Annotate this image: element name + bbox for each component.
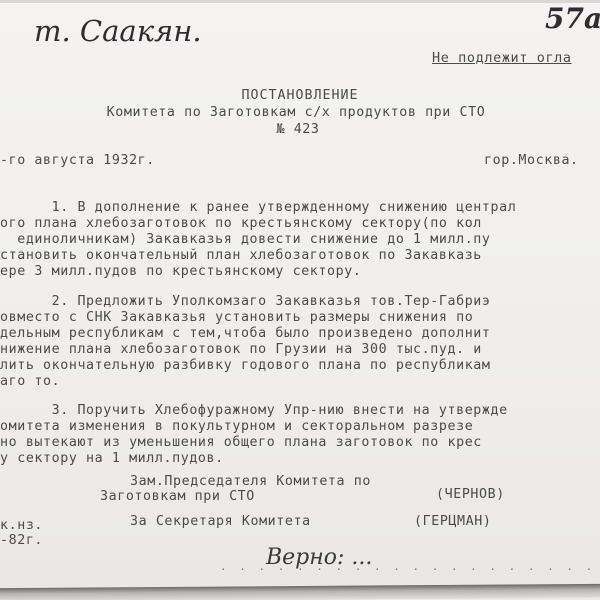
paragraph-line: ере 3 милл.пудов по крестьянскому сектор… bbox=[0, 264, 361, 280]
paragraph-line: 1. В дополнение к ранее утвержденному сн… bbox=[0, 200, 516, 216]
paragraph-line: но вытекают из уменьшения общего плана з… bbox=[0, 435, 482, 451]
footer-note-line1: к.нз. bbox=[0, 518, 43, 534]
paragraph-line: у сектору на 1 милл.пудов. bbox=[0, 451, 224, 467]
paragraph-line: аго то. bbox=[0, 374, 60, 390]
handwritten-addressee: т. Саакян. bbox=[34, 14, 202, 48]
paragraph-line: единоличникам) Закавказья довести снижен… bbox=[0, 232, 491, 248]
classification-stamp: Не подлежит огла bbox=[432, 50, 572, 66]
paragraph-line: становить окончательный план хлебозагото… bbox=[0, 248, 482, 264]
document-page: т. Саакян. 57а Не подлежит огла ПОСТАНОВ… bbox=[0, 0, 600, 588]
deputy-chair-name: (ЧЕРНОВ) bbox=[436, 487, 505, 503]
deputy-chair-title-line2: Заготовкам при СТО bbox=[100, 489, 255, 505]
document-place: гор.Москва. bbox=[484, 153, 579, 169]
document-subtitle: Комитета по Заготовкам с/х продуктов при… bbox=[0, 105, 596, 121]
page-top-edge bbox=[0, 0, 600, 3]
secretary-name: (ГЕРЦМАН) bbox=[414, 514, 491, 530]
secretary-title: За Секретаря Комитета bbox=[130, 514, 311, 530]
paragraph-line: дельным республикам с тем,чтоба было про… bbox=[0, 326, 491, 342]
document-date: -го августа 1932г. bbox=[0, 153, 155, 169]
paragraph-line: ого плана хлебозаготовок по крестьянском… bbox=[0, 216, 482, 232]
document-number: № 423 bbox=[0, 122, 598, 138]
paragraph-line: омитета изменения в покультурном и секто… bbox=[0, 419, 473, 435]
paragraph-line: 3. Поручить Хлебофуражному Упр-нию внест… bbox=[0, 403, 508, 419]
document-title: ПОСТАНОВЛЕНИЕ bbox=[0, 88, 600, 104]
paragraph-line: лить окончательную разбивку годового пла… bbox=[0, 358, 491, 374]
paragraph-line: овместо с СНК Закавказья установить разм… bbox=[0, 310, 473, 326]
handwritten-archive-number: 57а bbox=[545, 2, 600, 35]
deputy-chair-title-line1: Зам.Председателя Комитета по bbox=[130, 474, 371, 490]
paragraph-line: нижение плана хлебозаготовок по Грузии н… bbox=[0, 342, 482, 358]
paragraph-line: 2. Предложить Уполкомзаго Закавказья тов… bbox=[0, 294, 491, 310]
handwritten-signature: Верно: ... bbox=[266, 545, 372, 570]
footer-note-line2: -82г. bbox=[0, 533, 43, 549]
